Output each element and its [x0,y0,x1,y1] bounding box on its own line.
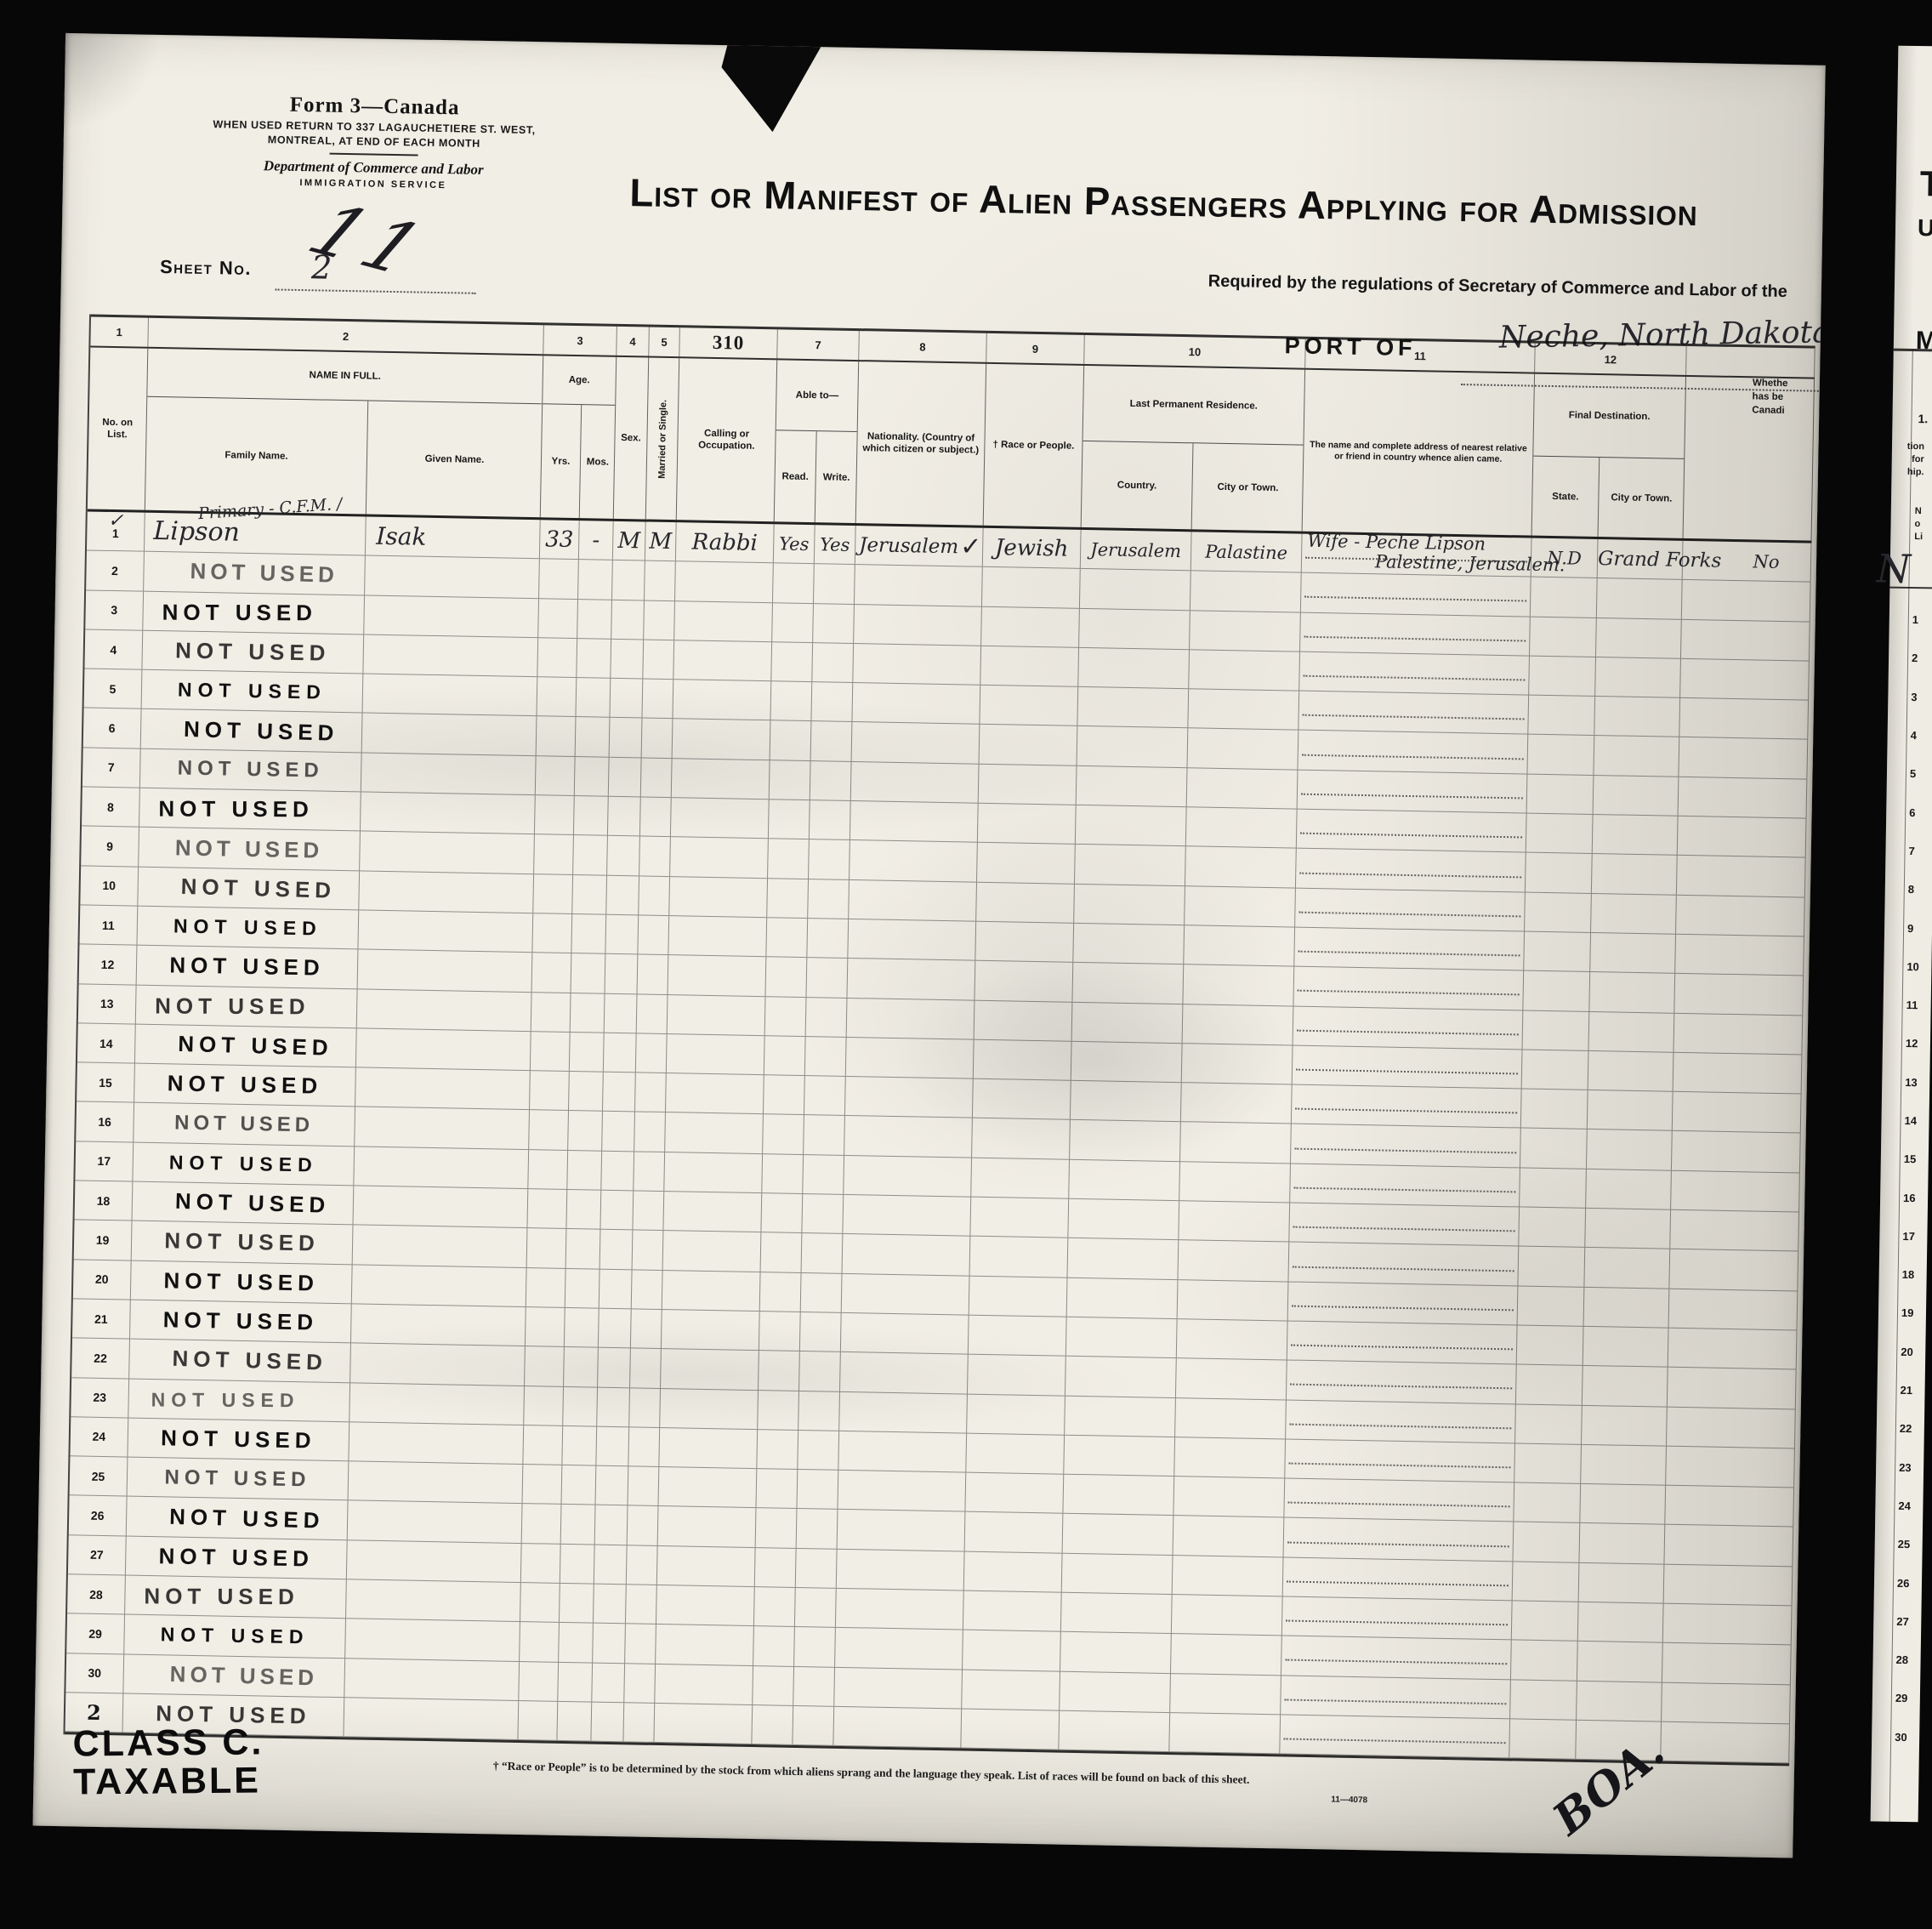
cell-destcity [1577,1681,1662,1721]
cell-write [797,1470,838,1509]
cell-no: 2 [86,551,145,591]
cell-relative [1298,770,1528,812]
passenger-family-name: Lipson [153,516,240,548]
cell-race [969,1276,1068,1316]
cell-write [795,1588,837,1627]
cell-read [764,1075,805,1114]
adjacent-row-number: 11 [1883,986,1931,1025]
cell-country [1064,1436,1175,1477]
cell-married [633,1191,664,1230]
adjacent-row-number: 30 [1872,1717,1920,1756]
cell-family: NOT USED [142,631,364,674]
cell-given [361,793,536,834]
cell-nationality [846,1038,975,1078]
cell-state [1525,892,1592,932]
cell-sex [606,875,639,914]
cell-calling [654,1704,753,1744]
cell-given [359,871,534,913]
cell-state [1510,1680,1577,1720]
cell-no: 4 [84,629,143,669]
cell-country [1070,1120,1181,1161]
cell-calling [655,1664,753,1704]
cell-no: 14 [77,1023,136,1063]
cell-state [1527,774,1594,814]
not-used-stamp: NOT USED [178,679,327,704]
cell-sex [608,797,641,836]
cell-relative [1281,1636,1512,1679]
column-number: 7 [777,329,860,360]
cell-family: NOT USED [135,1024,357,1067]
adjacent-row-number: 22 [1877,1409,1925,1448]
cell-relative [1280,1715,1510,1757]
cell-yrs [530,1071,570,1110]
cell-whether [1668,1329,1798,1369]
cell-write [794,1627,836,1666]
cell-whether [1669,1249,1798,1290]
not-used-stamp: NOT USED [169,1151,318,1176]
row-number: 19 [96,1233,110,1247]
cell-race [978,804,1077,844]
cell-read [754,1587,796,1626]
column-number: 4 [617,327,650,356]
destination-state: N.D [1547,548,1582,569]
cell-mos [571,914,606,953]
not-used-stamp: NOT USED [161,1425,316,1454]
cell-race [975,961,1073,1001]
cell-country [1069,1160,1180,1201]
cell-mos [562,1465,597,1505]
header-able-to-group: Able to— Read. Write. [775,360,859,523]
stamp-310: 310 [679,327,778,358]
cell-whether [1681,619,1810,660]
cell-whether [1672,1131,1801,1172]
cell-country [1077,766,1188,807]
cell-yrs [532,913,572,953]
row-number: 21 [94,1312,108,1325]
cell-race [961,1709,1060,1749]
cell-no: 26 [69,1496,128,1536]
cell-given [361,753,537,794]
cell-state [1530,617,1597,657]
cell-nationality [844,1116,973,1157]
cell-relative [1285,1439,1515,1482]
cell-race [969,1316,1067,1356]
not-used-stamp: NOT USED [175,1188,331,1219]
not-used-stamp: NOT USED [170,1661,319,1692]
cell-whether [1682,580,1811,621]
header-age-group: Age. Yrs. Mos. [541,356,617,519]
cell-married [627,1545,658,1585]
cell-calling [656,1585,755,1625]
cell-country [1060,1632,1172,1673]
cell-relative [1296,849,1526,891]
cell-destcity [1588,1090,1673,1130]
cell-no: 29 [66,1614,125,1654]
row-number: 30 [88,1666,101,1680]
cell-city [1179,1162,1291,1203]
adjacent-row-number: 27 [1873,1602,1922,1641]
cell-family: NOT USED [139,788,361,831]
cell-relative [1291,1124,1521,1167]
cell-no: 13 [78,984,137,1024]
required-by-line: Required by the regulations of Secretary… [1056,269,1787,302]
cell-family: NOT USED [128,1418,349,1460]
not-used-stamp: NOT USED [172,1346,327,1376]
row-number: 2 [111,564,118,578]
cell-write [812,643,854,682]
cell-no: ✓1 [87,511,145,551]
cell-mos [571,953,606,993]
cell-state [1529,656,1596,696]
cell-city: Palastine [1191,532,1303,572]
cell-country [1068,1199,1179,1240]
cell-mos [560,1545,595,1584]
cell-mos [573,835,608,874]
cell-nationality [836,1589,964,1630]
adjacent-row-number: 13 [1882,1062,1930,1101]
not-used-stamp: NOT USED [162,1306,318,1335]
cell-relative [1284,1518,1514,1561]
cell-destcity [1593,815,1679,855]
cell-read [753,1666,794,1705]
cell-destcity [1579,1563,1665,1603]
cell-write [802,1194,844,1233]
cell-calling [673,720,771,760]
cell-yrs [539,560,579,599]
cell-write [807,919,849,958]
cell-whether [1670,1210,1799,1251]
passenger-calling: Rabbi [691,529,758,555]
cell-race [967,1394,1065,1434]
cell-given [347,1540,522,1582]
header-relative: The name and complete address of nearest… [1303,370,1535,536]
cell-married [639,876,670,915]
cell-sex [605,915,639,954]
adjacent-title-fragment-t: T [1919,163,1932,204]
cell-city [1184,925,1295,966]
column-number: 10 [1084,335,1306,368]
relative-name: Wife - Peche Lipson [1307,531,1486,555]
cell-nationality [838,1431,967,1472]
cell-sex [597,1387,630,1426]
cell-yrs [525,1346,565,1386]
cell-sex [612,560,645,600]
cell-write [798,1431,839,1470]
cell-sex [596,1466,629,1505]
cell-yrs [526,1307,565,1346]
cell-married [631,1309,662,1348]
class-c-stamp: CLASS C. TAXABLE [72,1723,264,1801]
cell-nationality [855,565,983,606]
cell-race [965,1473,1064,1513]
adjacent-row-number: 9 [1884,908,1932,947]
cell-state [1522,1050,1589,1090]
cell-given [357,989,532,1031]
cell-sex [611,640,644,679]
cell-country [1065,1357,1177,1397]
cell-write [814,564,855,603]
cell-married [644,600,675,640]
cell-given [355,1107,530,1149]
cell-yrs [520,1583,560,1622]
cell-yrs [534,835,574,874]
not-used-stamp: NOT USED [163,1267,319,1296]
cell-given [344,1698,519,1739]
cell-relative [1301,573,1531,616]
header-destination-group: Final Destination. State. City or Town. [1532,374,1686,538]
adjacent-sheet-edge: T U M 1. tion for hip. N o Li N 12345678… [1871,46,1932,1823]
cell-race [977,843,1076,883]
cell-race [963,1591,1062,1631]
cell-nationality [847,959,975,999]
cell-relative [1290,1164,1520,1206]
cell-given [358,950,533,992]
cell-sex [594,1545,628,1584]
cell-read [773,564,815,603]
cell-no: 22 [71,1339,130,1379]
cell-sex [610,718,643,757]
cell-city [1187,768,1298,809]
cell-whether [1666,1447,1795,1488]
cell-yrs [527,1228,567,1267]
cell-family: NOT USED [138,867,360,909]
cell-nationality [852,683,980,724]
cell-write [810,800,851,839]
cell-read [756,1469,798,1508]
passenger-residence-country: Jerusalem [1090,539,1181,561]
cell-race [980,725,1078,765]
cell-whether [1673,1053,1803,1094]
cell-destcity [1591,894,1677,934]
not-used-stamp: NOT USED [175,834,324,863]
cell-destcity [1594,776,1679,816]
cell-yrs [520,1622,560,1661]
header-calling: Calling or Occupation. [677,358,777,521]
cell-no: 5 [84,669,143,709]
cell-city [1188,729,1299,770]
header-no-on-list: No. on List. [88,348,148,510]
cell-no: 8 [82,787,140,827]
cell-country: Jerusalem [1081,530,1192,571]
cell-destcity [1587,1130,1673,1169]
cell-calling [668,995,766,1035]
header-read: Read. [775,430,817,522]
cell-state [1515,1404,1583,1444]
cell-read [759,1351,800,1390]
cell-country [1072,1002,1184,1043]
cell-write [813,604,855,643]
row-number: 20 [95,1272,109,1286]
cell-no: 7 [82,748,141,788]
cell-state [1520,1129,1588,1169]
cell-state [1528,696,1595,736]
cell-race [972,1118,1071,1158]
cell-state [1531,578,1598,617]
cell-destcity [1590,933,1676,973]
passenger-race: Jewish [995,535,1069,562]
cell-calling [660,1389,759,1429]
not-used-stamp: NOT USED [175,637,331,666]
cell-family: NOT USED [137,907,359,949]
cell-family: NOT USED [134,1103,355,1146]
cell-destcity [1581,1445,1667,1485]
cell-write: Yes [815,525,856,564]
not-used-stamp: NOT USED [169,953,325,982]
cell-whether [1673,1013,1803,1054]
cell-sex [600,1191,634,1230]
cell-destcity [1579,1523,1665,1563]
cell-destcity [1580,1484,1666,1524]
cell-whether [1680,659,1810,700]
cell-race [968,1355,1066,1395]
cell-yrs [533,874,573,913]
not-used-stamp: NOT USED [158,1543,314,1572]
cell-calling [670,837,769,877]
cell-relative [1282,1596,1513,1639]
cell-yrs: 33 [540,520,580,559]
cell-given [358,910,533,952]
cell-yrs [537,677,577,716]
cell-state [1523,1010,1590,1050]
cell-given [348,1501,523,1543]
cell-mos: - [579,521,614,560]
cell-sex [603,1073,636,1112]
cell-no: 9 [81,827,139,867]
cell-read [753,1626,795,1665]
cell-whether [1679,698,1809,739]
cell-destcity [1578,1602,1664,1642]
cell-given [351,1304,526,1346]
cell-write [810,761,852,800]
cell-write [806,958,848,997]
cell-nationality [838,1510,966,1551]
cell-city [1176,1358,1287,1399]
adjacent-row-number: 14 [1881,1101,1929,1140]
cell-country [1071,1042,1183,1083]
cell-read [771,642,813,681]
cell-sex [592,1663,625,1702]
not-used-stamp: NOT USED [164,1465,310,1492]
cell-sex [599,1269,633,1308]
cell-whether [1662,1643,1792,1684]
cell-country [1062,1553,1173,1594]
cell-whether [1669,1289,1798,1329]
adjacent-row-numbers: 1234567891011121314151617181920212223242… [1872,600,1932,1757]
cell-write [811,682,853,721]
cell-city [1173,1516,1285,1557]
cell-state [1520,1168,1587,1208]
cell-mos [564,1347,599,1386]
header-name-group: NAME IN FULL. Family Name. Given Name. [145,349,543,517]
cell-no: 6 [83,708,142,748]
cell-write [808,879,850,919]
cell-race [962,1670,1060,1710]
cell-family: NOT USED [144,552,366,595]
cell-read [768,839,810,879]
cell-relative [1298,731,1528,773]
cell-calling [662,1271,761,1311]
cell-write [799,1351,841,1391]
cell-relative [1294,928,1525,970]
cell-read [766,918,808,957]
cell-write [796,1549,838,1588]
cell-given [344,1659,520,1700]
cell-calling [662,1310,760,1350]
cell-read [756,1509,798,1548]
cell-no: 12 [79,945,138,985]
cell-given [354,1147,529,1188]
cell-nationality [839,1391,968,1432]
cell-relative [1300,612,1531,655]
cell-nationality [844,1156,972,1197]
cell-family: NOT USED [127,1497,349,1539]
cell-no: 18 [75,1181,134,1221]
cell-married [640,798,672,837]
cell-city [1178,1280,1289,1321]
cell-sex [598,1348,631,1387]
cell-mos [576,678,611,717]
column-number: 1 [90,317,149,347]
table-header: No. on List. NAME IN FULL. Family Name. … [88,346,1815,543]
cell-no: 16 [76,1102,134,1142]
adjacent-row-number: 28 [1872,1640,1921,1679]
cell-yrs [524,1386,564,1425]
row-number: 6 [109,721,116,735]
cell-state [1526,814,1594,854]
cell-calling [671,798,770,838]
cell-destcity [1583,1327,1669,1367]
cell-city [1169,1713,1281,1754]
cell-relative [1292,1085,1522,1128]
cell-city [1188,689,1299,730]
cell-no: 3 [85,590,144,630]
cell-yrs [531,1032,571,1071]
cell-nationality [835,1628,963,1669]
cell-calling [658,1467,757,1507]
cell-read [761,1193,803,1232]
cell-family: NOT USED [125,1576,347,1619]
cell-nationality [841,1313,969,1354]
cell-destcity: Grand Forks [1598,539,1684,579]
cell-city [1183,1004,1294,1045]
cell-state [1514,1483,1581,1523]
cell-no: 23 [71,1378,129,1418]
cell-read [772,603,814,642]
cell-family: NOT USED [133,1142,355,1185]
cell-nationality [838,1471,966,1511]
passenger-nationality: Jerusalem [859,534,958,558]
cell-calling [667,1034,765,1074]
sheet-number-label: Sheet No. [160,256,252,280]
column-number: 3 [543,325,617,356]
cell-sex: M [613,521,646,560]
cell-calling [661,1349,759,1389]
cell-mos [574,796,609,835]
cell-mos [575,757,610,796]
cell-mos [558,1662,593,1701]
cell-married [626,1585,657,1624]
adjacent-row-number: 2 [1889,639,1932,678]
row-number: 2 [87,1700,101,1725]
cell-yrs [528,1150,568,1189]
header-country: Country. [1082,441,1194,529]
cell-calling [663,1192,762,1232]
cell-country [1067,1277,1179,1318]
cell-read [767,879,809,918]
cell-destcity [1595,657,1681,697]
adjacent-row-number: 29 [1872,1679,1921,1718]
cell-country [1068,1238,1179,1279]
